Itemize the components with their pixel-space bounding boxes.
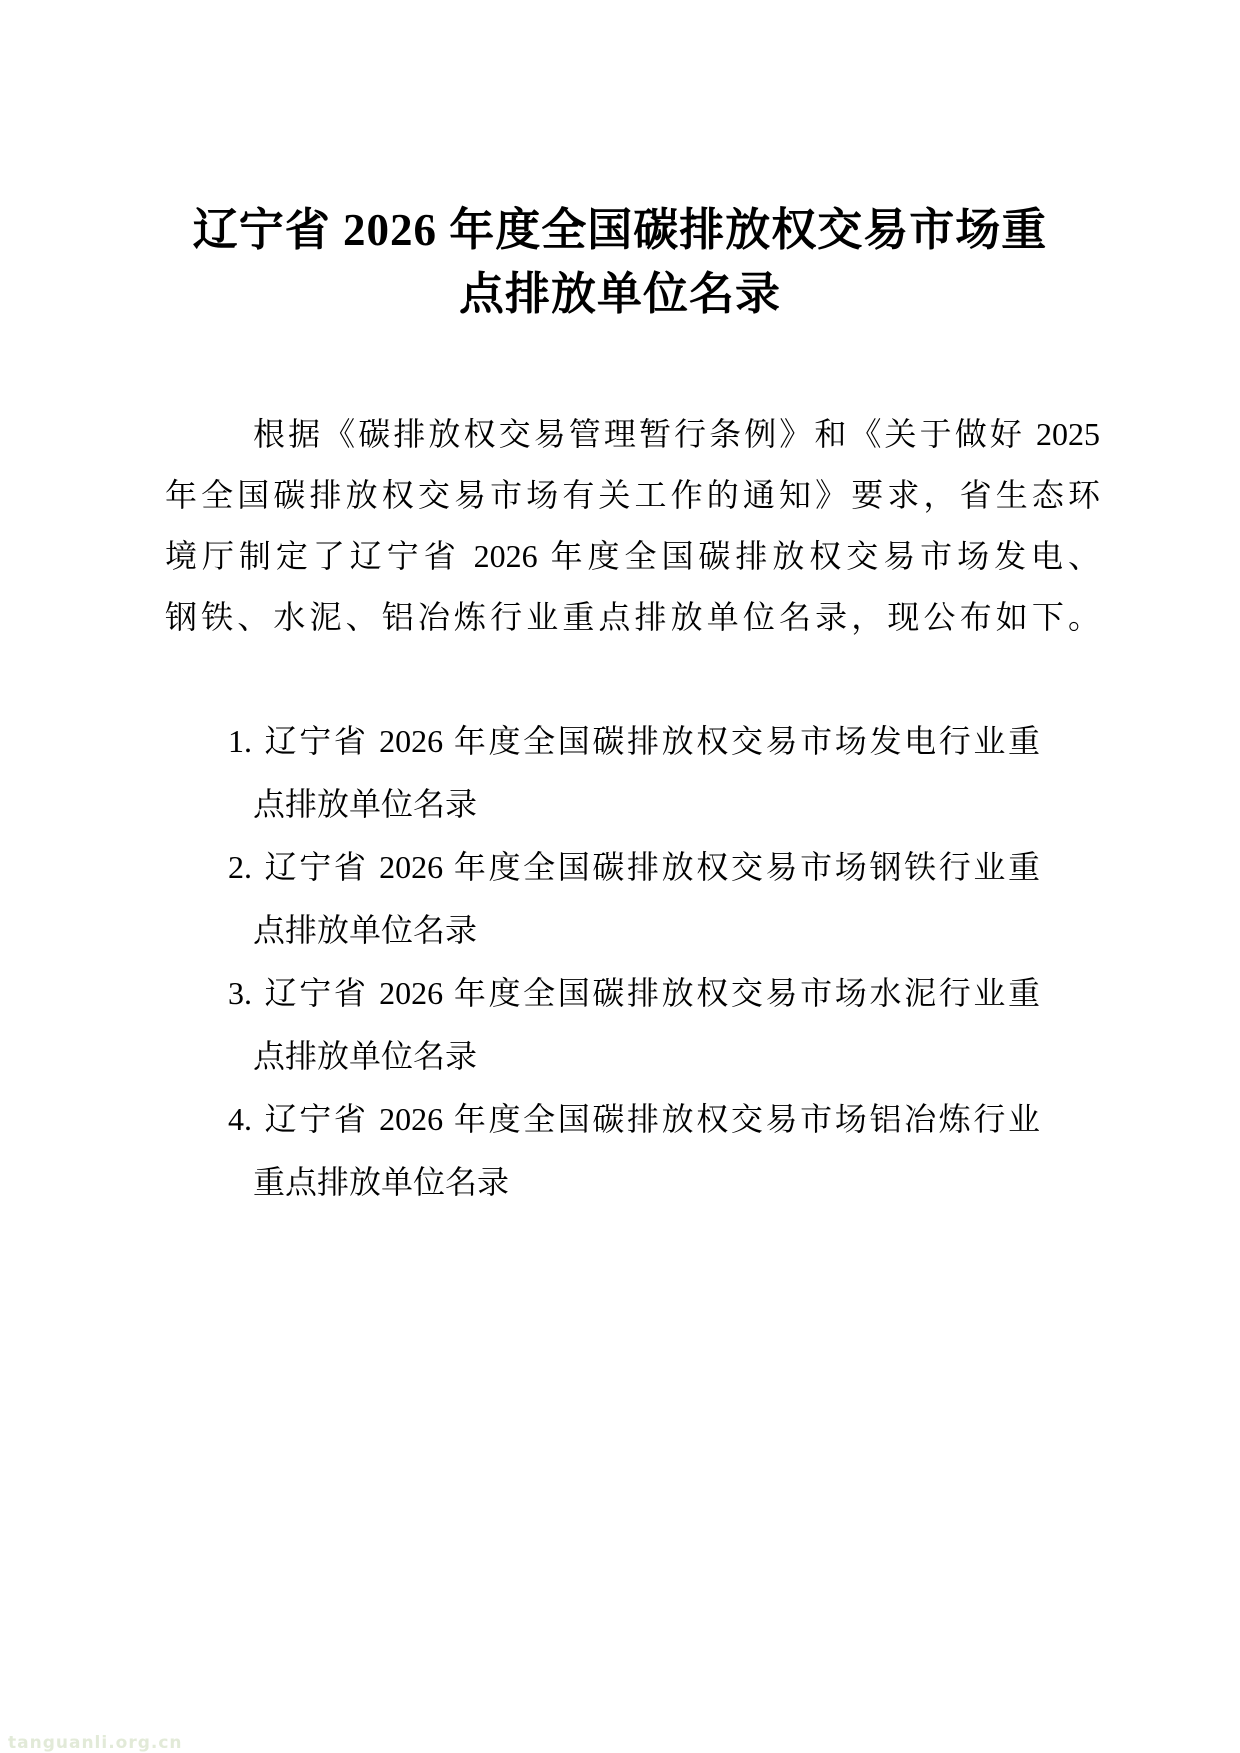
- list-item-1-number: 1.: [228, 710, 262, 773]
- list-item-3-number: 3.: [228, 962, 262, 1025]
- paragraph-line-1: 根据《碳排放权交易管理暂行条例》和《关于做好 2025: [165, 404, 1100, 465]
- list-item-2-line-1: 2.辽宁省 2026 年度全国碳排放权交易市场钢铁行业重: [228, 836, 1040, 899]
- list-item-2-line-2: 点排放单位名录: [228, 899, 1040, 962]
- title-line-2: 点排放单位名录: [140, 262, 1100, 326]
- watermark-tanguanli: tanguanli.org.cn: [8, 1733, 183, 1753]
- document-page: 辽宁省 2026 年度全国碳排放权交易市场重 点排放单位名录 根据《碳排放权交易…: [0, 0, 1240, 1753]
- list-item-2: 2.辽宁省 2026 年度全国碳排放权交易市场钢铁行业重 点排放单位名录: [228, 836, 1040, 962]
- list-item-1-text: 辽宁省 2026 年度全国碳排放权交易市场发电行业重: [262, 723, 1040, 759]
- document-title: 辽宁省 2026 年度全国碳排放权交易市场重 点排放单位名录: [140, 198, 1100, 326]
- list-item-1-line-2: 点排放单位名录: [228, 773, 1040, 836]
- list-item-3: 3.辽宁省 2026 年度全国碳排放权交易市场水泥行业重 点排放单位名录: [228, 962, 1040, 1088]
- numbered-list: 1.辽宁省 2026 年度全国碳排放权交易市场发电行业重 点排放单位名录 2.辽…: [228, 710, 1040, 1214]
- paragraph-line-4: 钢铁、水泥、铝冶炼行业重点排放单位名录，现公布如下。: [165, 587, 1100, 648]
- list-item-3-line-2: 点排放单位名录: [228, 1025, 1040, 1088]
- list-item-4-line-1: 4.辽宁省 2026 年度全国碳排放权交易市场铝冶炼行业: [228, 1088, 1040, 1151]
- title-line-1: 辽宁省 2026 年度全国碳排放权交易市场重: [140, 198, 1100, 262]
- paragraph-line-2: 年全国碳排放权交易市场有关工作的通知》要求，省生态环: [165, 465, 1100, 526]
- list-item-3-line-1: 3.辽宁省 2026 年度全国碳排放权交易市场水泥行业重: [228, 962, 1040, 1025]
- list-item-2-text: 辽宁省 2026 年度全国碳排放权交易市场钢铁行业重: [262, 849, 1040, 885]
- list-item-2-number: 2.: [228, 836, 262, 899]
- list-item-1-line-1: 1.辽宁省 2026 年度全国碳排放权交易市场发电行业重: [228, 710, 1040, 773]
- paragraph-line-3: 境厅制定了辽宁省 2026 年度全国碳排放权交易市场发电、: [165, 526, 1100, 587]
- list-item-4-line-2: 重点排放单位名录: [228, 1151, 1040, 1214]
- list-item-4-number: 4.: [228, 1088, 262, 1151]
- list-item-3-text: 辽宁省 2026 年度全国碳排放权交易市场水泥行业重: [262, 975, 1040, 1011]
- intro-paragraph: 根据《碳排放权交易管理暂行条例》和《关于做好 2025 年全国碳排放权交易市场有…: [165, 404, 1100, 648]
- list-item-4: 4.辽宁省 2026 年度全国碳排放权交易市场铝冶炼行业 重点排放单位名录: [228, 1088, 1040, 1214]
- list-item-1: 1.辽宁省 2026 年度全国碳排放权交易市场发电行业重 点排放单位名录: [228, 710, 1040, 836]
- list-item-4-text: 辽宁省 2026 年度全国碳排放权交易市场铝冶炼行业: [262, 1101, 1040, 1137]
